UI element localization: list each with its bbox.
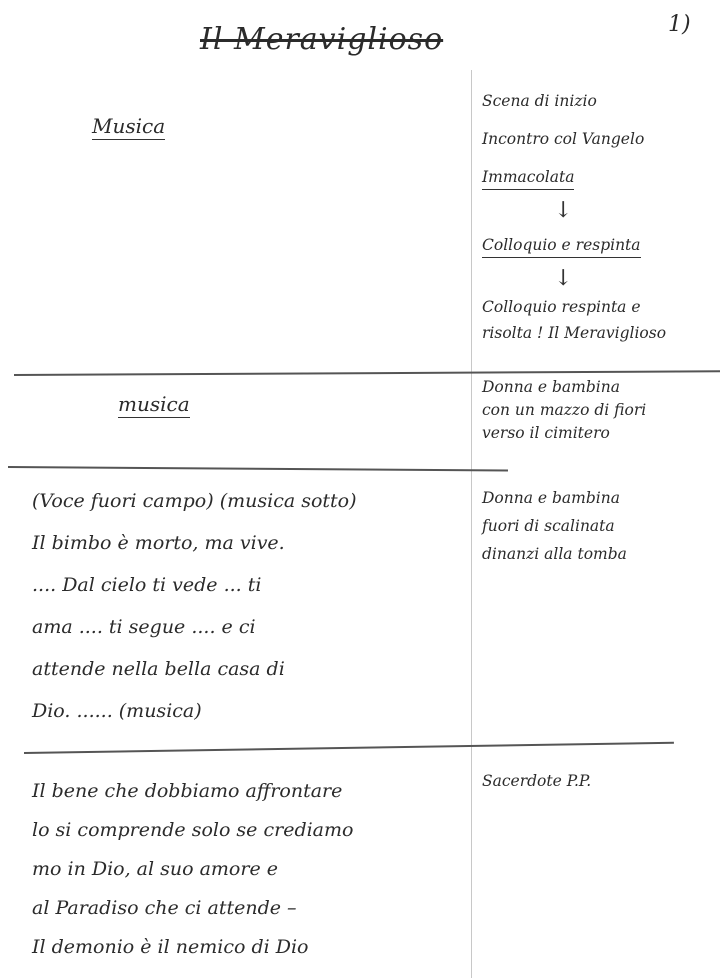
scene-line: risolta ! Il Meraviglioso [482,320,666,346]
dialogue-line: al Paradiso che ci attende – [32,889,353,928]
arrow-down-icon: ↓ [482,264,666,294]
dialogue-line: Il demonio è il nemico di Dio [32,928,353,967]
music-cue-label: musica [118,392,190,418]
dialogue-block-1: (Voce fuori campo) (musica sotto) Il bim… [32,480,357,732]
section-rule-3 [24,742,674,754]
column-divider [471,70,472,978]
scene-line: Donna e bambina [482,484,627,512]
scene-line: Scena di inizio [482,82,666,120]
arrow-down-icon: ↓ [482,196,666,226]
page-number: 1) [668,12,691,37]
scene-line: con un mazzo di fiori [482,399,646,422]
dialogue-line: .... Dal cielo ti vede ... ti [32,564,357,606]
scene-line: Colloquio respinta e [482,294,666,320]
scene-line: Incontro col Vangelo [482,120,666,158]
dialogue-line: attende nella bella casa di [32,648,357,690]
dialogue-line: lo si comprende solo se crediamo [32,811,353,850]
scene-line: Sacerdote P.P. [482,762,591,800]
dialogue-line: Il bimbo è morto, ma vive. [32,522,357,564]
dialogue-line: ama .... ti segue .... e ci [32,606,357,648]
scene-line: fuori di scalinata [482,512,627,540]
dialogue-block-2: Il bene che dobbiamo affrontare lo si co… [32,772,353,967]
scene-note-1: Scena di inizio Incontro col Vangelo Imm… [482,82,666,346]
scene-note-2: Donna e bambina con un mazzo di fiori ve… [482,376,646,445]
music-cue-label: Musica [92,114,165,140]
page-title: Il Meraviglioso [200,22,443,57]
section-rule-1 [14,370,720,375]
dialogue-line: (Voce fuori campo) (musica sotto) [32,480,357,522]
dialogue-line: Dio. ...... (musica) [32,690,357,732]
dialogue-line: Il bene che dobbiamo affrontare [32,772,353,811]
scene-note-3: Donna e bambina fuori di scalinata dinan… [482,484,627,568]
dialogue-line: mo in Dio, al suo amore e [32,850,353,889]
scene-line: verso il cimitero [482,422,646,445]
scene-line: dinanzi alla tomba [482,540,627,568]
scene-line: Colloquio e respinta [482,234,641,258]
section-rule-2 [8,466,508,471]
scene-line: Immacolata [482,166,574,190]
scene-note-4: Sacerdote P.P. [482,762,591,800]
scene-line: Donna e bambina [482,376,646,399]
